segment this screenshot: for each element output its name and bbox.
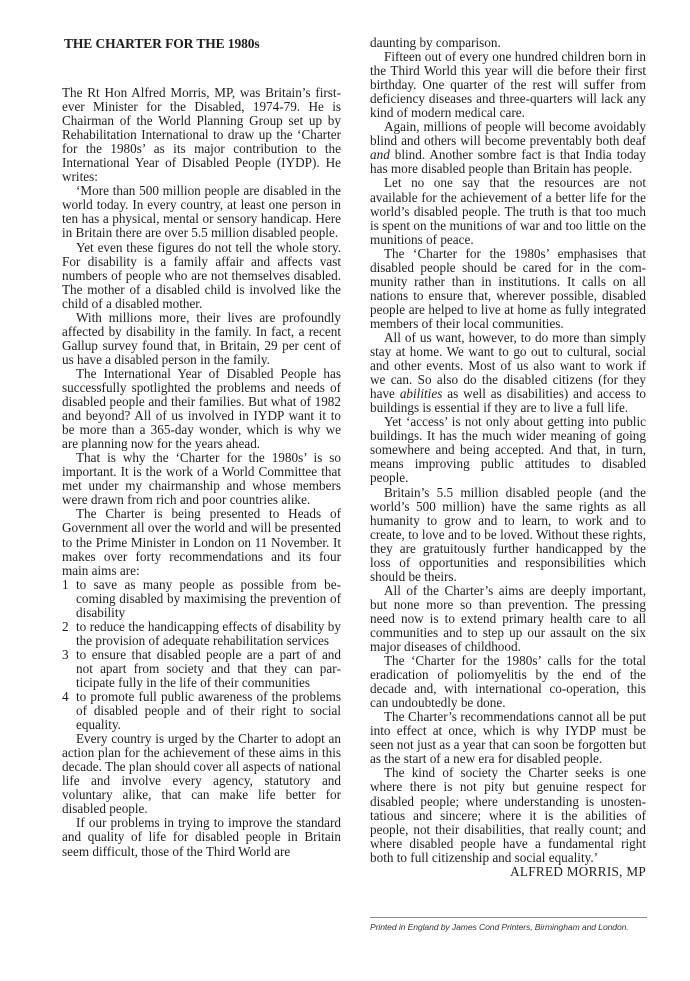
intro-paragraph: The Rt Hon Alfred Morris, MP, was Britai… <box>62 86 341 184</box>
printer-credit: Printed in England by James Cond Printer… <box>370 922 650 932</box>
text-run: blind. Another sombre fact is that India… <box>370 147 646 176</box>
footer-divider <box>370 917 647 918</box>
body-paragraph: The ‘Charter for the 1980s’ emphasises t… <box>370 247 646 331</box>
body-paragraph: Let no one say that the resources are no… <box>370 176 646 246</box>
text-run: Again, millions of people will become av… <box>370 119 646 148</box>
body-paragraph: With millions more, their lives are prof… <box>62 311 341 367</box>
body-paragraph: All of the Charter’s aims are deeply imp… <box>370 584 646 654</box>
body-paragraph: The International Year of Disabled Peopl… <box>62 367 341 451</box>
emphasis: and <box>370 147 390 162</box>
body-paragraph: Every country is urged by the Charter to… <box>62 732 341 816</box>
body-paragraph: The kind of society the Charter seeks is… <box>370 766 646 864</box>
body-paragraph: ‘More than 500 million people are disabl… <box>62 184 341 240</box>
body-paragraph: That is why the ‘Charter for the 1980s’ … <box>62 451 341 507</box>
aim-number: 2 <box>62 620 69 634</box>
author-signature: ALFRED MORRIS, MP <box>370 865 646 879</box>
body-paragraph: The ‘Charter for the 1980s’ calls for th… <box>370 654 646 710</box>
body-paragraph: Fifteen out of every one hundred childre… <box>370 50 646 120</box>
body-paragraph: The Charter’s recommendations cannot all… <box>370 710 646 766</box>
aim-item: 3to ensure that disabled people are a pa… <box>62 648 341 690</box>
left-column: The Rt Hon Alfred Morris, MP, was Britai… <box>62 86 341 859</box>
body-paragraph: Yet even these figures do not tell the w… <box>62 241 341 311</box>
aim-number: 3 <box>62 648 69 662</box>
aim-number: 1 <box>62 578 69 592</box>
aim-text: to promote full public awareness of the … <box>76 689 341 732</box>
aim-item: 4to promote full public awareness of the… <box>62 690 341 732</box>
body-paragraph: Again, millions of people will become av… <box>370 120 646 176</box>
body-paragraph: Yet ‘access’ is not only about getting i… <box>370 415 646 485</box>
right-column: daunting by comparison. Fifteen out of e… <box>370 36 646 879</box>
aim-text: to reduce the handicapping effects of di… <box>76 619 341 648</box>
article-title: THE CHARTER FOR THE 1980s <box>64 36 354 52</box>
aim-text: to ensure that disabled people are a par… <box>76 647 341 690</box>
body-paragraph: The Charter is being presented to Heads … <box>62 507 341 577</box>
continued-line: daunting by comparison. <box>370 36 646 50</box>
body-paragraph: Britain’s 5.5 million disabled people (a… <box>370 486 646 584</box>
aim-item: 1to save as many people as possible from… <box>62 578 341 620</box>
body-paragraph: If our problems in trying to improve the… <box>62 816 341 858</box>
aims-list: 1to save as many people as possible from… <box>62 578 341 733</box>
aim-number: 4 <box>62 690 69 704</box>
body-paragraph: All of us want, however, to do more than… <box>370 331 646 415</box>
emphasis: abilities <box>400 386 443 401</box>
aim-text: to save as many people as possible from … <box>76 577 341 620</box>
aim-item: 2to reduce the handicapping effects of d… <box>62 620 341 648</box>
